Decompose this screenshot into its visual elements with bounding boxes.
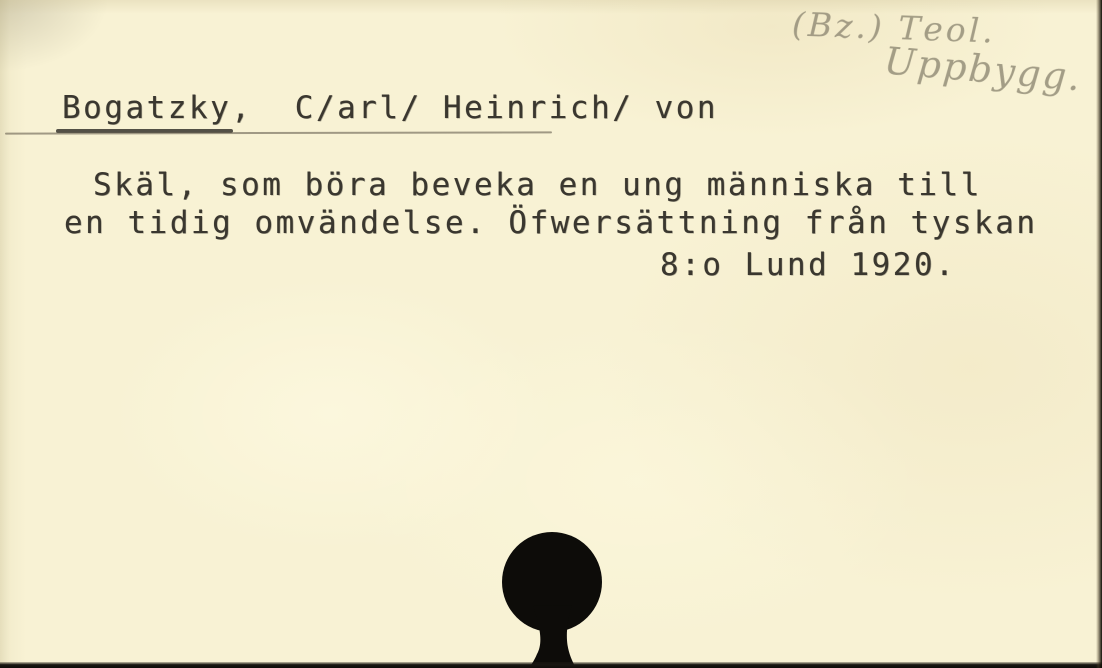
catalog-card: Bogatzky, C/arl/ Heinrich/ von Skäl, som… <box>0 0 1102 668</box>
card-bottom-edge <box>0 662 1102 668</box>
pencil-classification-note: Uppbygg. <box>883 39 1084 99</box>
imprint-line: 8:o Lund 1920. <box>660 250 956 281</box>
author-heading: Bogatzky, C/arl/ Heinrich/ von <box>62 93 718 124</box>
title-line: en tidig omvändelse. Öfwersättning från … <box>64 208 1038 239</box>
heading-rule-line <box>5 131 552 134</box>
keyhole-punch-icon <box>495 528 610 668</box>
title-line: Skäl, som böra beveka en ung människa ti… <box>93 170 982 201</box>
scan-right-edge <box>1096 0 1102 668</box>
